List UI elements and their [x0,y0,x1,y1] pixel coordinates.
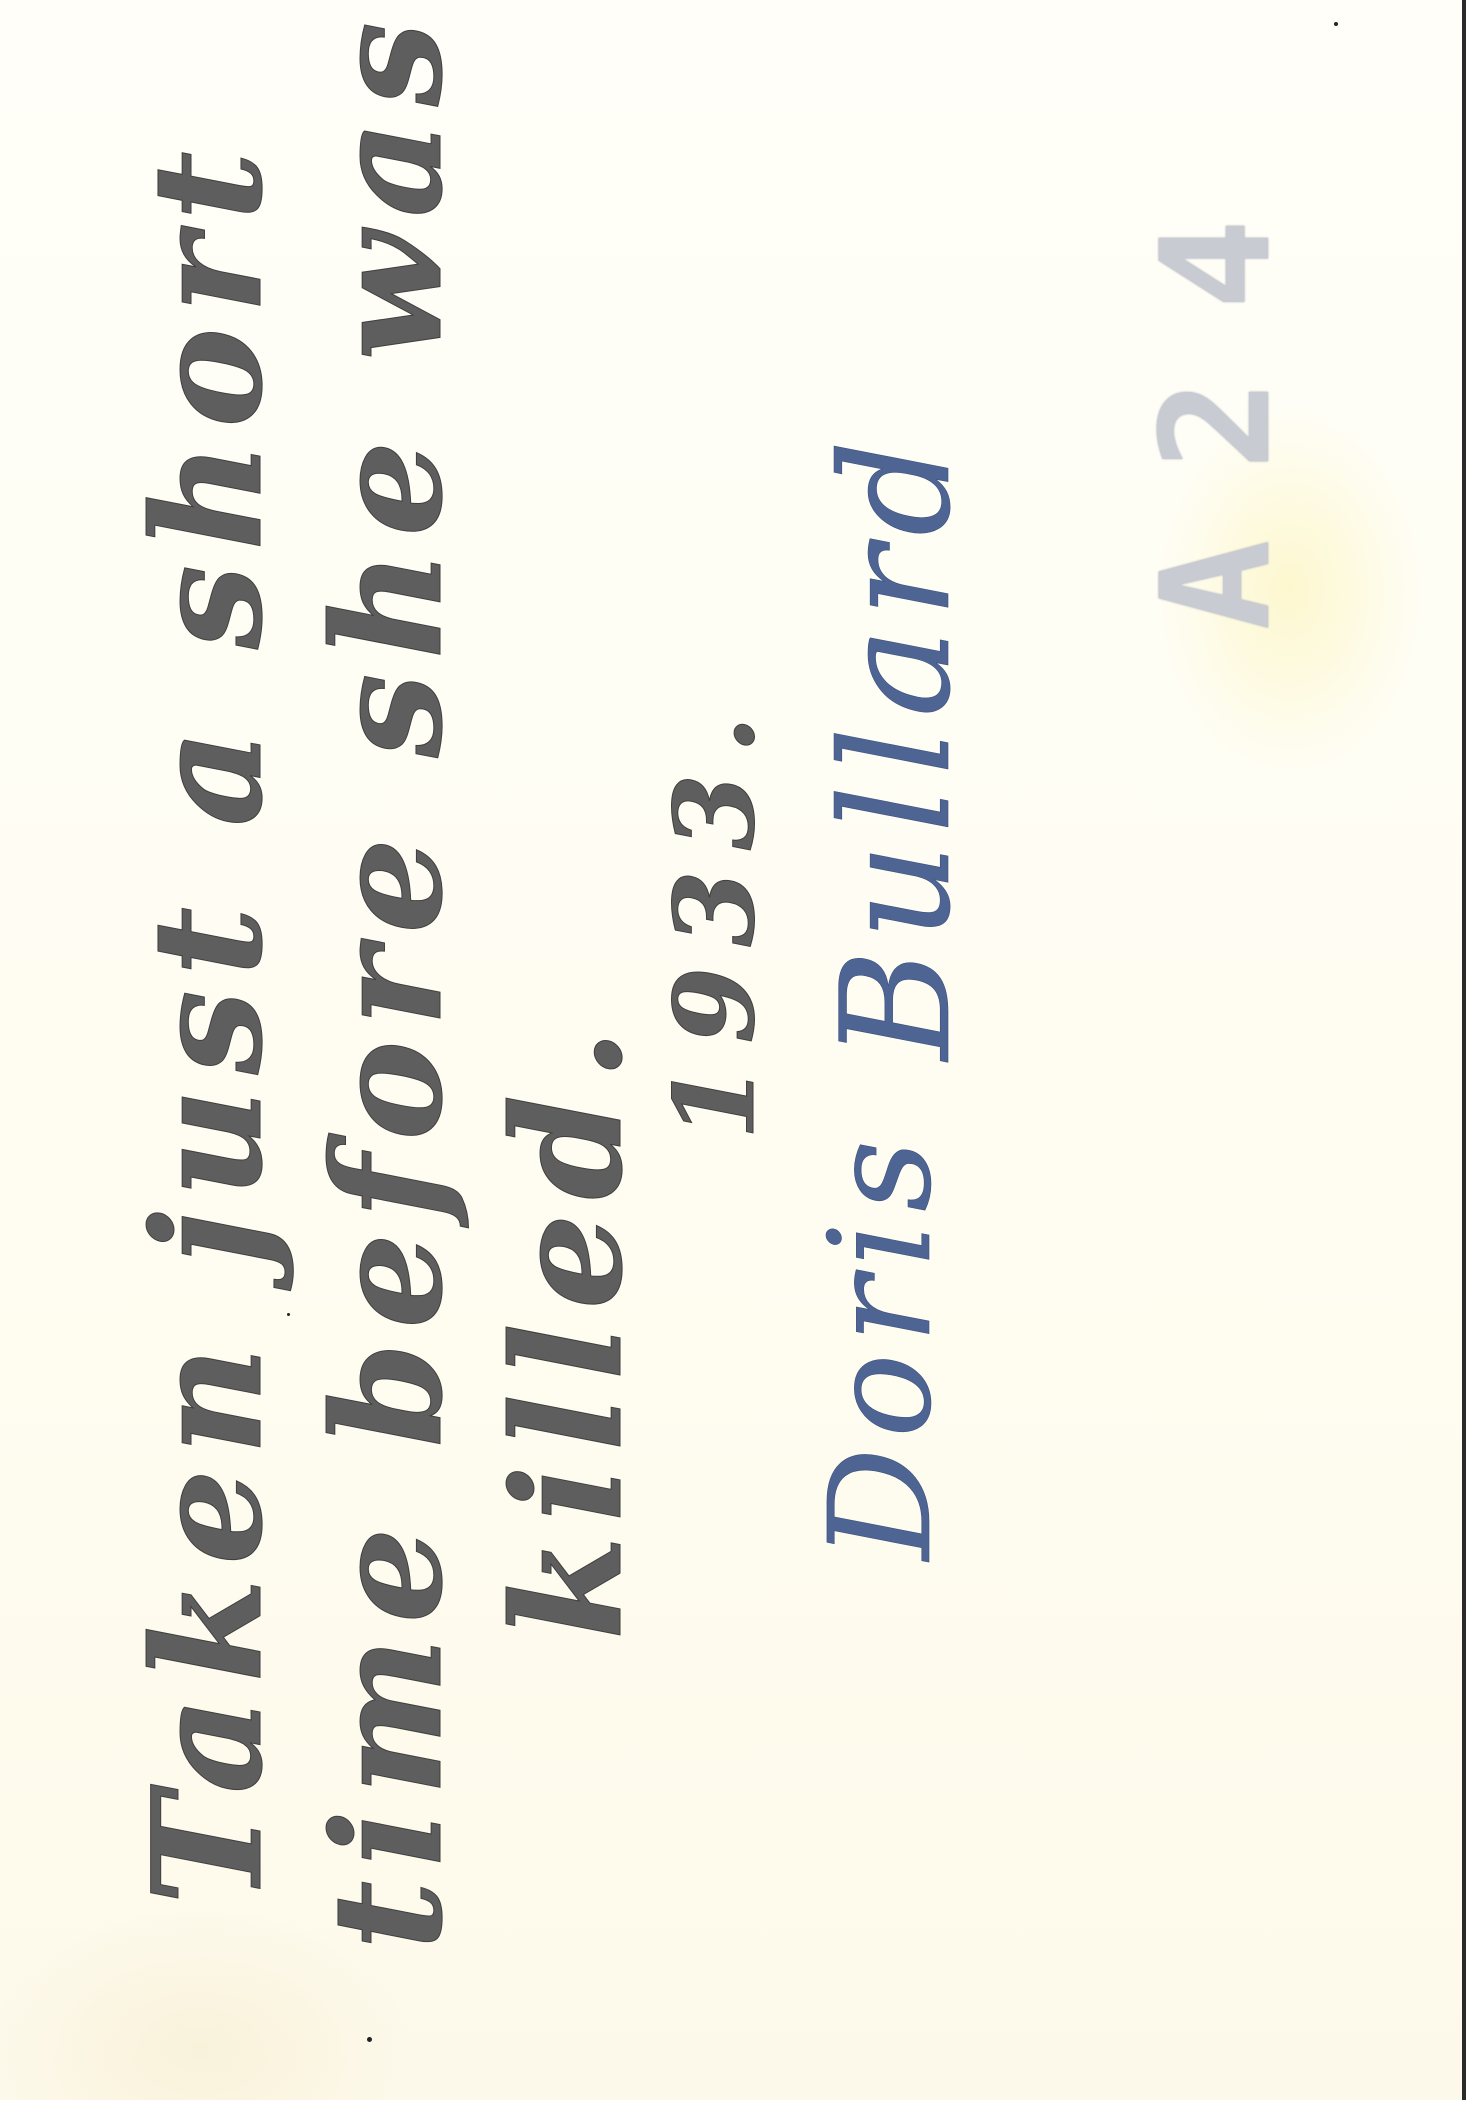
ink-speck [287,1313,290,1316]
archive-stamp-code: A24 [1130,149,1304,630]
inscription-line-1: Taken just a short [120,137,296,1905]
photo-card-back: Taken just a short time before she was k… [0,0,1466,2100]
ink-speck [367,2037,372,2042]
inscription-line-3: killed. [480,1015,656,1640]
inscription-line-2: time before she was [300,8,476,1950]
signature-first-name: Doris [800,1130,963,1560]
inscription-date: 1933. [650,696,779,1140]
ink-speck [1334,22,1338,26]
signature-last-name: Bullard [810,430,984,1060]
